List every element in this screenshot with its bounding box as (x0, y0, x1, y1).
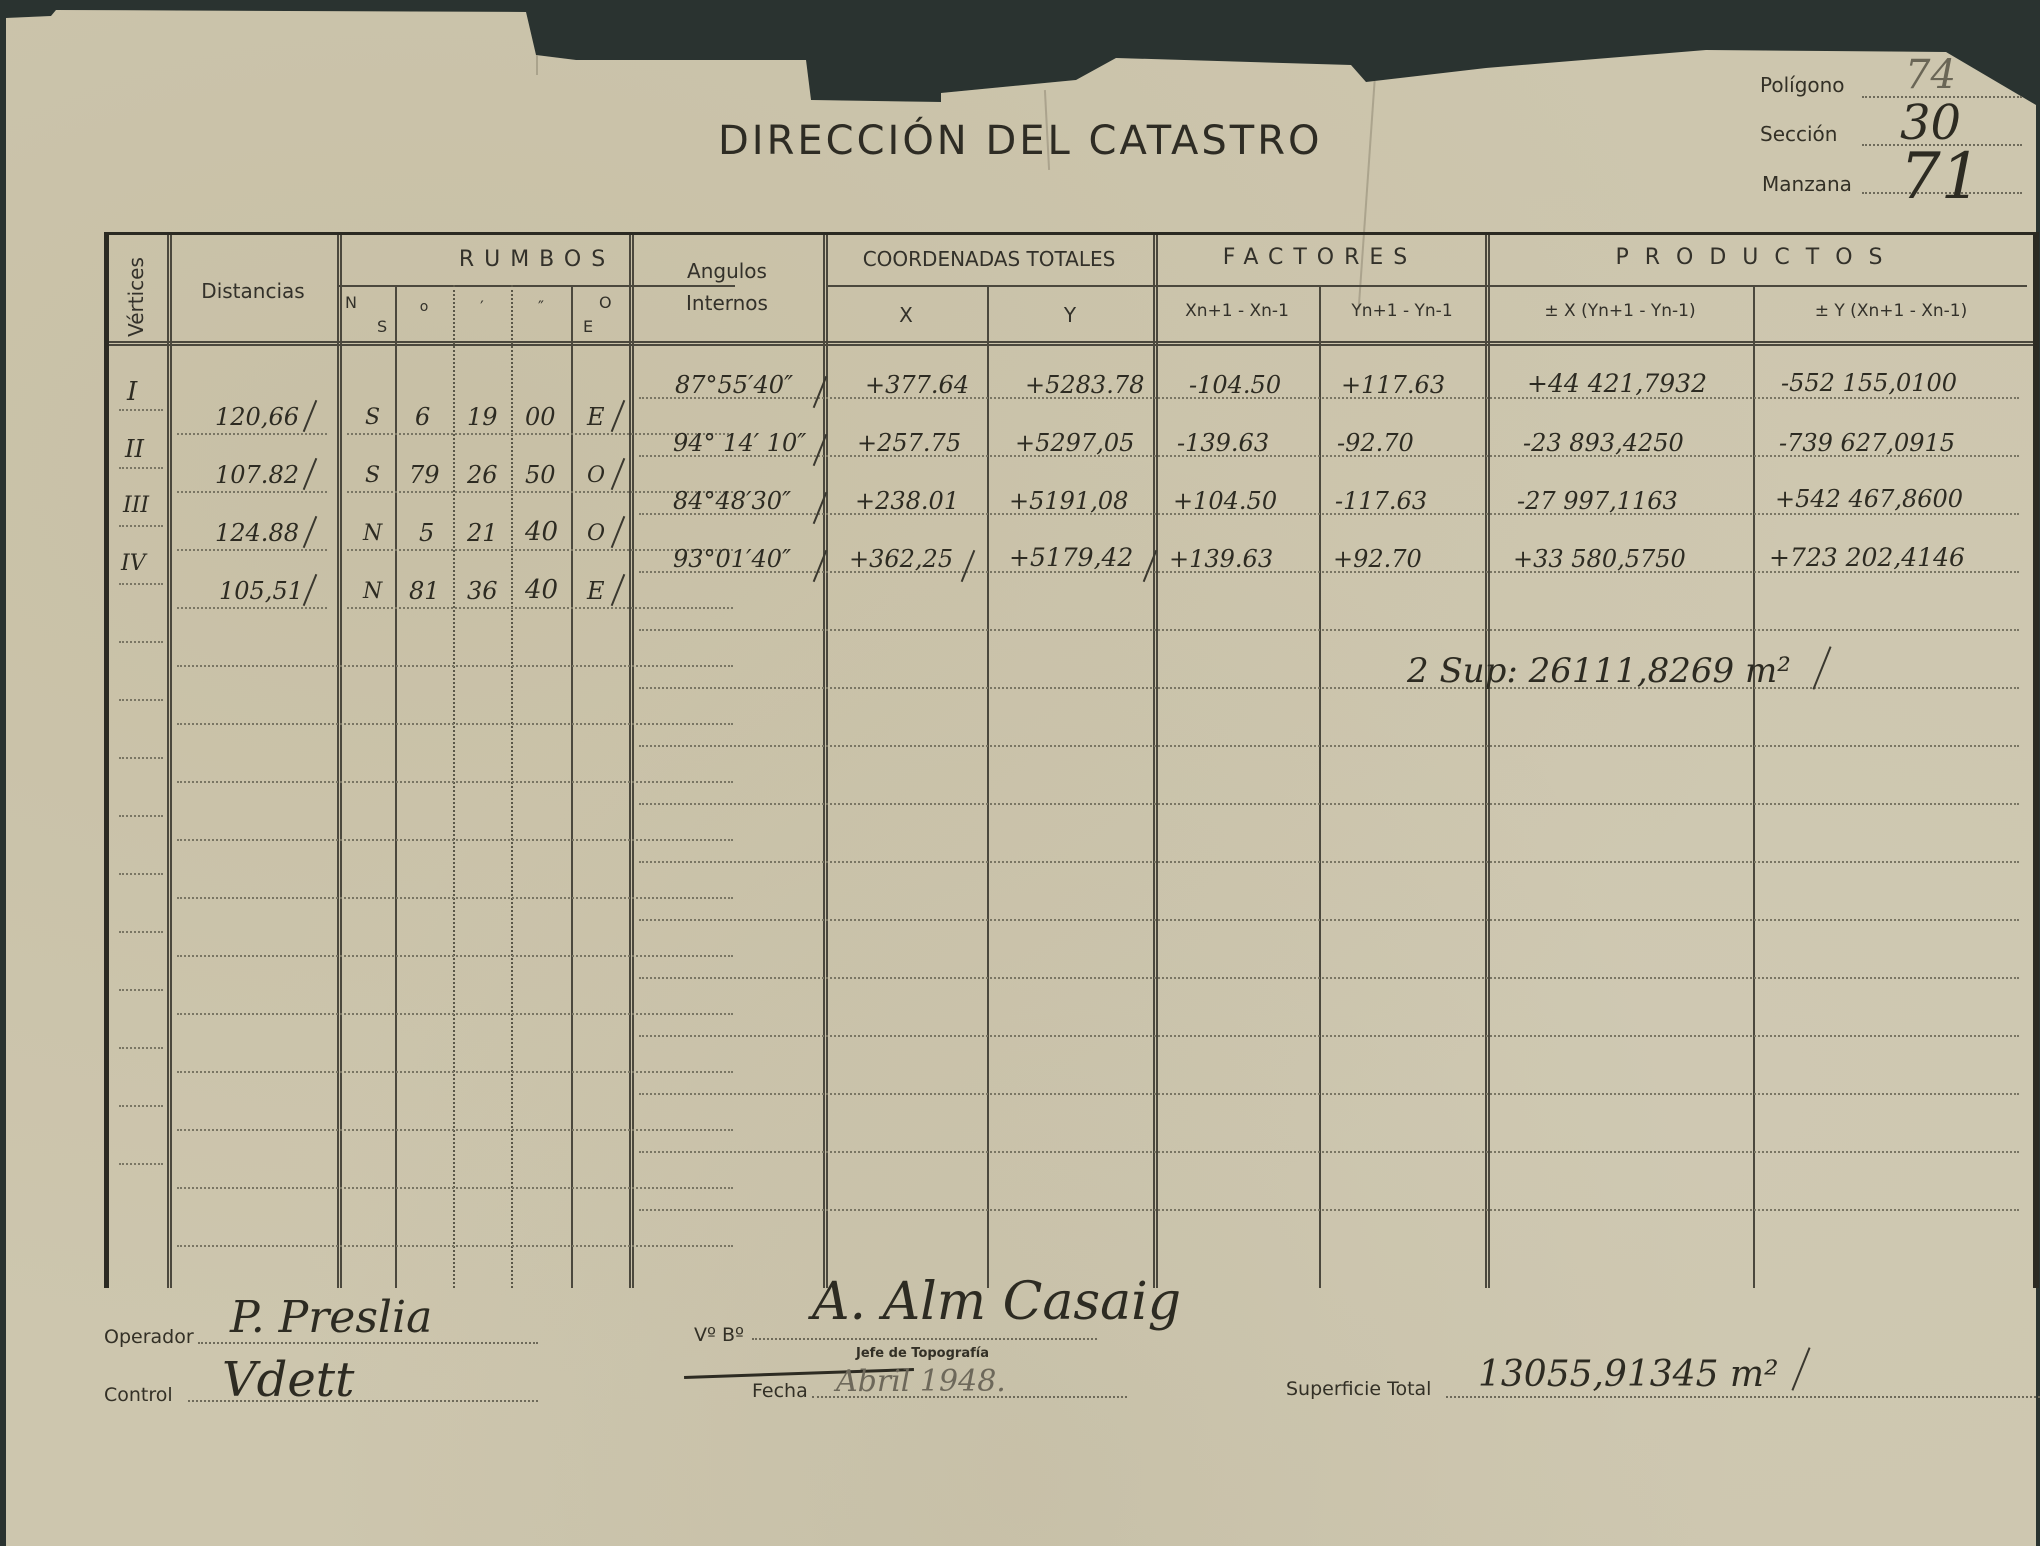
rumbo-oe-cell: E (587, 577, 605, 605)
document-title: DIRECCIÓN DEL CATASTRO (718, 118, 1323, 164)
producto-y-cell: +723 202,4146 (1769, 543, 1965, 572)
rumbo-min-cell: 19 (467, 403, 498, 431)
rumbo-sec-cell: 40 (525, 517, 558, 547)
header-rumbos-s: S (377, 317, 387, 336)
distancia-cell: 105,51 (219, 577, 303, 605)
factor-y-cell: -117.63 (1335, 487, 1427, 515)
vobo-label: Vº Bº (694, 1324, 744, 1346)
superficie-total-label: Superficie Total (1286, 1378, 1431, 1400)
vertex-label: III (123, 493, 149, 518)
col-sep (987, 285, 989, 1288)
factor-y-cell: +92.70 (1333, 545, 1422, 573)
factor-y-cell: -92.70 (1337, 429, 1414, 457)
vertex-label: II (125, 435, 144, 463)
rumbo-oe-cell: E (587, 403, 605, 431)
vertex-label: I (127, 377, 137, 407)
rumbo-ns-cell: N (363, 579, 382, 604)
rumbo-ns-cell: S (365, 463, 380, 488)
coord-x-cell: +238.01 (855, 487, 959, 515)
producto-x-cell: -27 997,1163 (1517, 487, 1678, 515)
header-rumbos-deg: o (395, 299, 453, 315)
header-productos: PRODUCTOS (1487, 245, 2027, 270)
distancia-cell: 120,66 (215, 403, 299, 431)
rumbo-sec-cell: 50 (525, 461, 556, 489)
producto-x-cell: +33 580,5750 (1513, 545, 1686, 573)
manzana-value: 71 (1900, 140, 1981, 214)
coord-y-cell: +5191,08 (1009, 487, 1128, 515)
header-coord-y: Y (987, 303, 1153, 327)
header-factor-x: Xn+1 - Xn-1 (1155, 301, 1319, 321)
header-distancias: Distancias (169, 279, 337, 303)
double-area-note: 2 Sup: 26111,8269 m² (1407, 651, 1791, 691)
col-sep (1485, 235, 1490, 1288)
coord-x-cell: +362,25 (849, 545, 953, 573)
superficie-total-value: 13055,91345 m² (1478, 1354, 1779, 1395)
distancia-cell: 107.82 (215, 461, 299, 489)
producto-y-cell: -552 155,0100 (1781, 369, 1957, 397)
col-sep (571, 285, 573, 1288)
col-sep (1319, 285, 1321, 1288)
coord-x-cell: +377.64 (865, 371, 969, 399)
manzana-label: Manzana (1762, 172, 1852, 196)
rumbo-sec-cell: 00 (525, 403, 556, 431)
operador-label: Operador (104, 1326, 194, 1348)
control-label: Control (104, 1384, 173, 1406)
rumbo-min-cell: 26 (467, 461, 498, 489)
col-sep (1753, 285, 1755, 1288)
paper-tear (536, 15, 538, 75)
header-rumbos-o: O (599, 293, 612, 312)
seccion-label: Sección (1760, 122, 1837, 146)
header-angulos: Angulos (631, 259, 823, 283)
rumbo-deg-cell: 6 (415, 403, 430, 431)
rumbo-deg-cell: 81 (409, 577, 440, 605)
vertex-label: IV (121, 551, 146, 576)
factor-x-cell: -139.63 (1177, 429, 1269, 457)
header-coordenadas: COORDENADAS TOTALES (825, 247, 1153, 271)
angulo-cell: 93°01′40″ (673, 545, 791, 573)
rumbo-ns-cell: S (365, 405, 380, 430)
header-rumbos-n: N (345, 293, 357, 312)
header-bottom-rule (109, 341, 2033, 346)
header-vertices: Vértices (109, 255, 167, 345)
header-internos: Internos (631, 291, 823, 315)
factor-x-cell: +104.50 (1173, 487, 1277, 515)
control-signature: Vdett (222, 1352, 354, 1408)
distancia-cell: 124.88 (215, 519, 299, 547)
rumbo-deg-cell: 5 (419, 519, 434, 547)
header-coord-x: X (825, 303, 987, 327)
rumbo-sec-cell: 40 (525, 575, 558, 605)
header-vertices-text: Vértices (124, 252, 148, 342)
group-divider (827, 285, 2027, 287)
col-sep (511, 285, 513, 1288)
coord-y-cell: +5283.78 (1025, 371, 1144, 399)
header-factor-y: Yn+1 - Yn-1 (1319, 301, 1485, 321)
header-producto-y: ± Y (Xn+1 - Xn-1) (1755, 301, 2027, 321)
surveying-table: Vértices Distancias RUMBOS N S o ′ ″ O E… (104, 232, 2039, 1288)
factor-x-cell: +139.63 (1169, 545, 1273, 573)
header-rumbos-e: E (583, 317, 593, 336)
rumbo-deg-cell: 79 (409, 461, 440, 489)
coord-y-cell: +5179,42 (1009, 543, 1133, 572)
producto-x-cell: +44 421,7932 (1527, 369, 1707, 398)
vobo-line (752, 1338, 1097, 1340)
col-sep (823, 235, 828, 1288)
jefe-topografia-label: Jefe de Topografía (856, 1346, 989, 1361)
col-sep (395, 285, 397, 1288)
angulo-cell: 84°48′30″ (673, 487, 791, 515)
angulo-cell: 87°55′40″ (675, 371, 793, 399)
producto-y-cell: +542 467,8600 (1775, 485, 1963, 513)
rumbo-min-cell: 36 (467, 577, 498, 605)
superficie-total-line (1446, 1396, 2040, 1398)
fecha-label: Fecha (752, 1380, 808, 1402)
col-sep (453, 285, 455, 1288)
producto-y-cell: -739 627,0915 (1779, 429, 1955, 457)
angulo-cell: 94° 14′ 10″ (673, 429, 806, 457)
producto-x-cell: -23 893,4250 (1523, 429, 1684, 457)
factor-y-cell: +117.63 (1341, 371, 1445, 399)
header-factores: FACTORES (1155, 245, 1485, 270)
coord-y-cell: +5297,05 (1015, 429, 1134, 457)
rumbo-oe-cell: O (587, 463, 605, 488)
poligono-value: 74 (1905, 52, 1956, 98)
factor-x-cell: -104.50 (1189, 371, 1281, 399)
rumbo-min-cell: 21 (467, 519, 498, 547)
rumbo-oe-cell: O (587, 521, 605, 546)
header-producto-x: ± X (Yn+1 - Yn-1) (1487, 301, 1753, 321)
operador-signature: P. Preslia (230, 1292, 432, 1343)
col-sep (1153, 235, 1158, 1288)
vobo-signature: A. Alm Casaig (812, 1272, 1181, 1332)
fecha-value: Abril 1948. (836, 1364, 1006, 1399)
coord-x-cell: +257.75 (857, 429, 961, 457)
rumbo-ns-cell: N (363, 521, 382, 546)
header-rumbos-sec: ″ (511, 297, 571, 316)
header-rumbos-min: ′ (453, 297, 511, 316)
poligono-label: Polígono (1760, 73, 1845, 97)
col-sep (167, 235, 172, 1288)
